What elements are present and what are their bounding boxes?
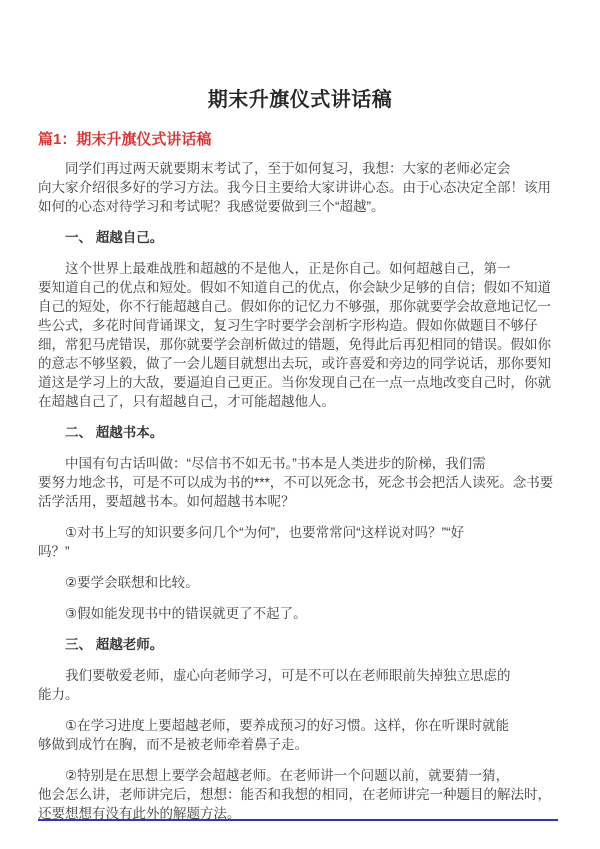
section-label: 篇1：期末升旗仪式讲话稿 xyxy=(38,128,560,149)
numbered-item: ②特别是在思想上要学会超越老师。在老师讲一个问题以前，就要猜一猜， 他会怎么讲，… xyxy=(38,766,560,823)
paragraph: 这个世界上最难战胜和超越的不是他人，正是你自己。如何超越自己，第一 要知道自己的… xyxy=(38,259,560,411)
numbered-item: ②要学会联想和比较。 xyxy=(38,573,560,592)
sub-heading: 二、 超越书本。 xyxy=(38,423,560,442)
numbered-item: ①对书上写的知识要多问几个“为何”，也要常常问“这样说对吗？”“好 吗？” xyxy=(38,523,560,561)
paragraph: 我们要敬爱老师，虚心向老师学习，可是不可以在老师眼前失掉独立思虑的 能力。 xyxy=(38,666,560,704)
paragraph: 中国有句古话叫做：“尽信书不如无书。”书本是人类进步的阶梯，我们需 要努力地念书… xyxy=(38,454,560,511)
numbered-item: ①在学习进度上要超越老师，要养成预习的好习惯。这样，你在听课时就能 够做到成竹在… xyxy=(38,716,560,754)
paragraph: 同学们再过两天就要期末考试了，至于如何复习，我想：大家的老师必定会 向大家介绍很… xyxy=(38,159,560,216)
sub-heading: 三、 超越老师。 xyxy=(38,635,560,654)
document-page: 期末升旗仪式讲话稿 篇1：期末升旗仪式讲话稿 同学们再过两天就要期末考试了，至于… xyxy=(0,0,600,849)
document-blocks: 同学们再过两天就要期末考试了，至于如何复习，我想：大家的老师必定会 向大家介绍很… xyxy=(38,159,560,823)
sub-heading: 一、 超越自己。 xyxy=(38,228,560,247)
document-title: 期末升旗仪式讲话稿 xyxy=(0,0,600,112)
bottom-divider-line xyxy=(38,819,558,821)
numbered-item: ③假如能发现书中的错误就更了不起了。 xyxy=(38,604,560,623)
